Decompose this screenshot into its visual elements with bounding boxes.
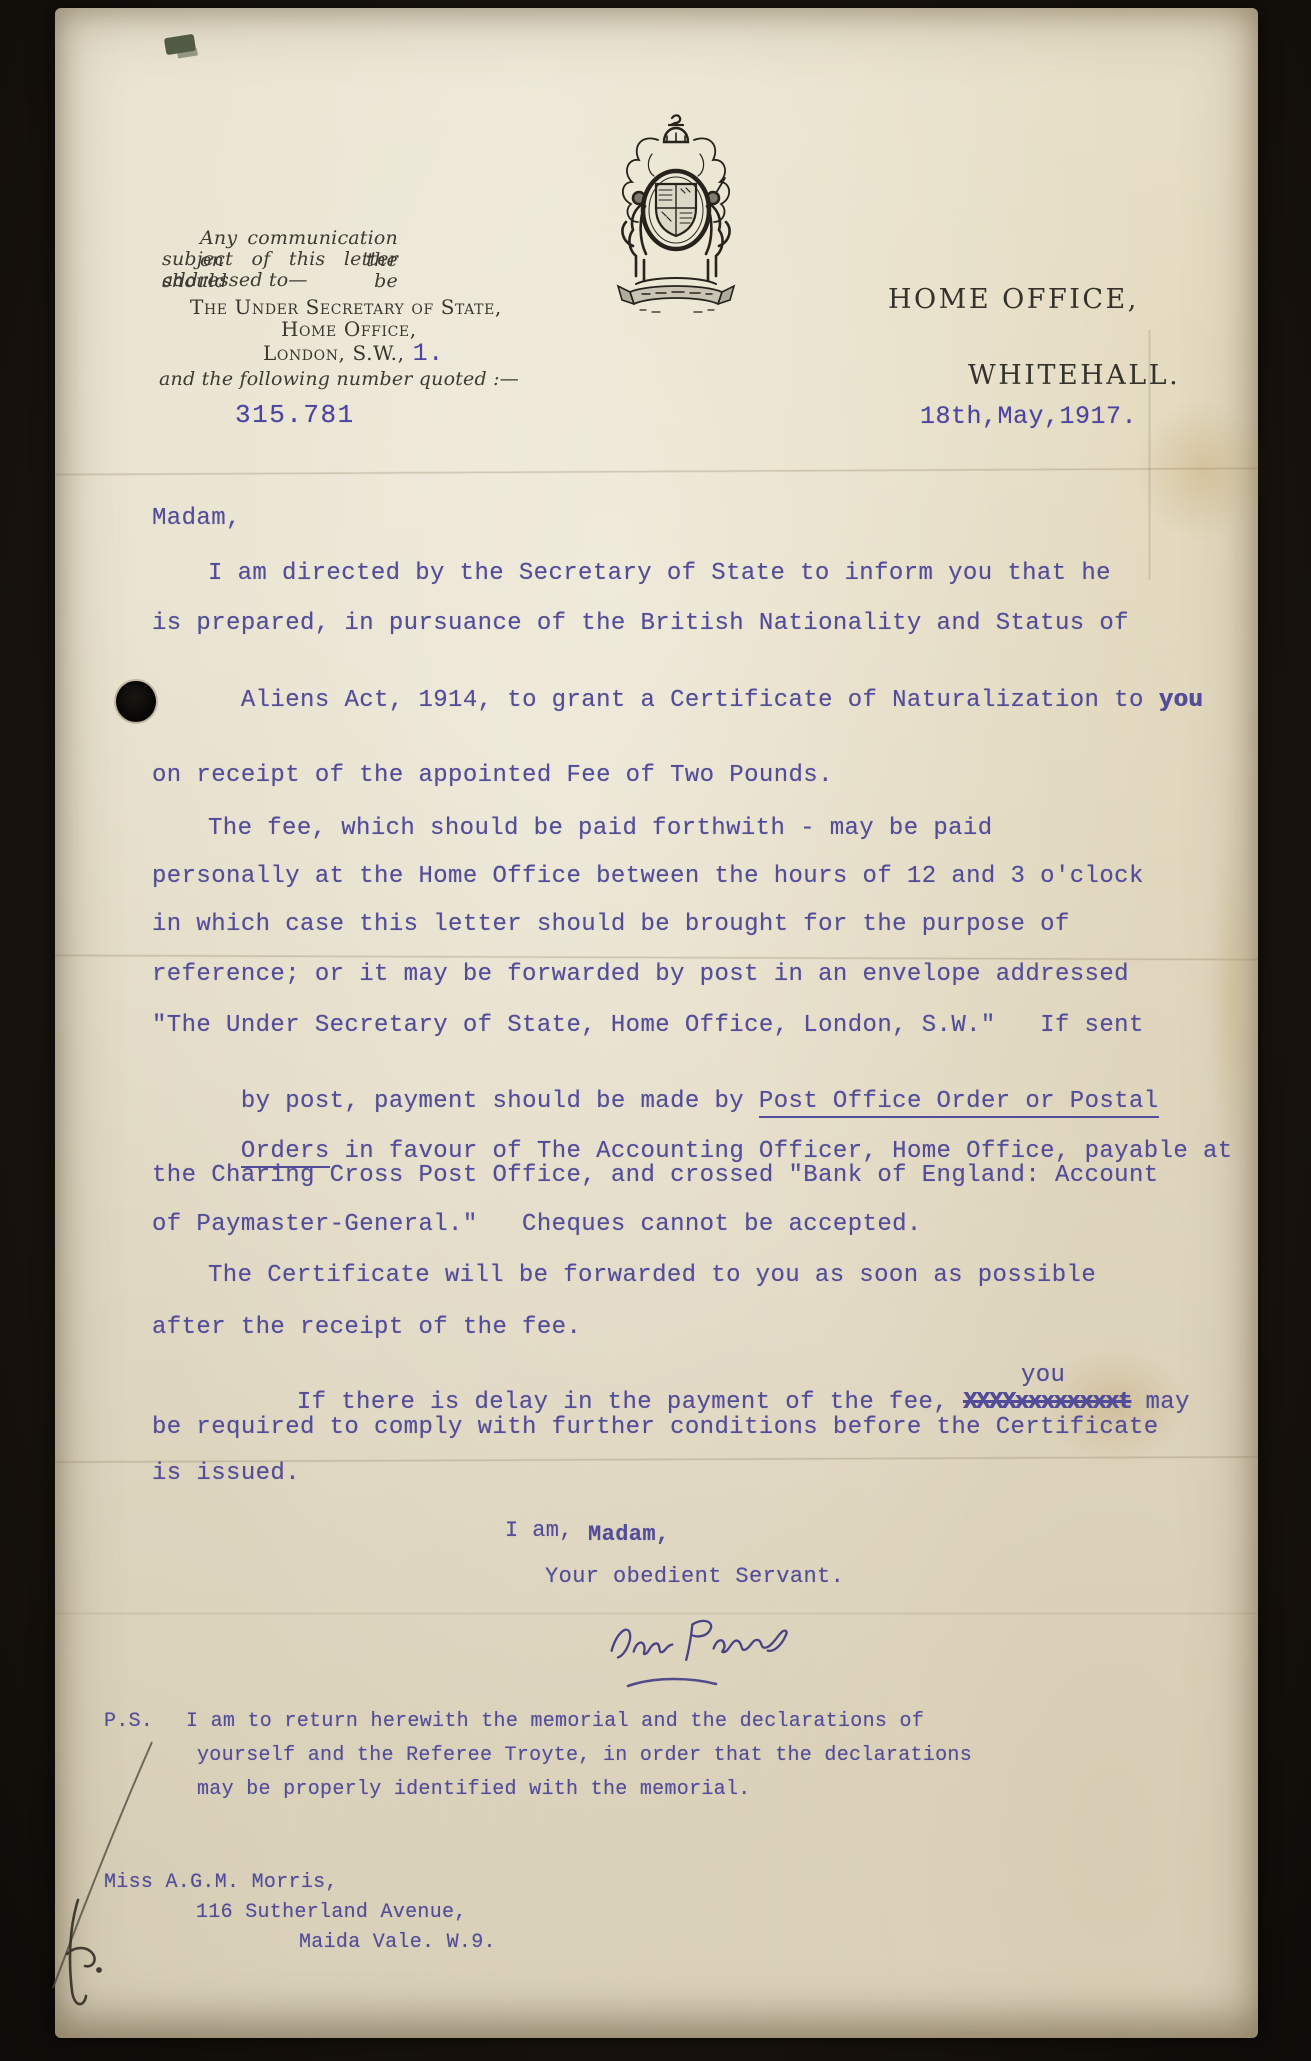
photograph-background: Any communication on the subject of this… xyxy=(0,0,1311,2061)
letter-page: Any communication on the subject of this… xyxy=(55,8,1258,2038)
pencil-diagonal-line xyxy=(53,1742,152,1988)
pencil-annotations xyxy=(55,8,1258,2038)
pencil-initials xyxy=(67,1900,101,2004)
